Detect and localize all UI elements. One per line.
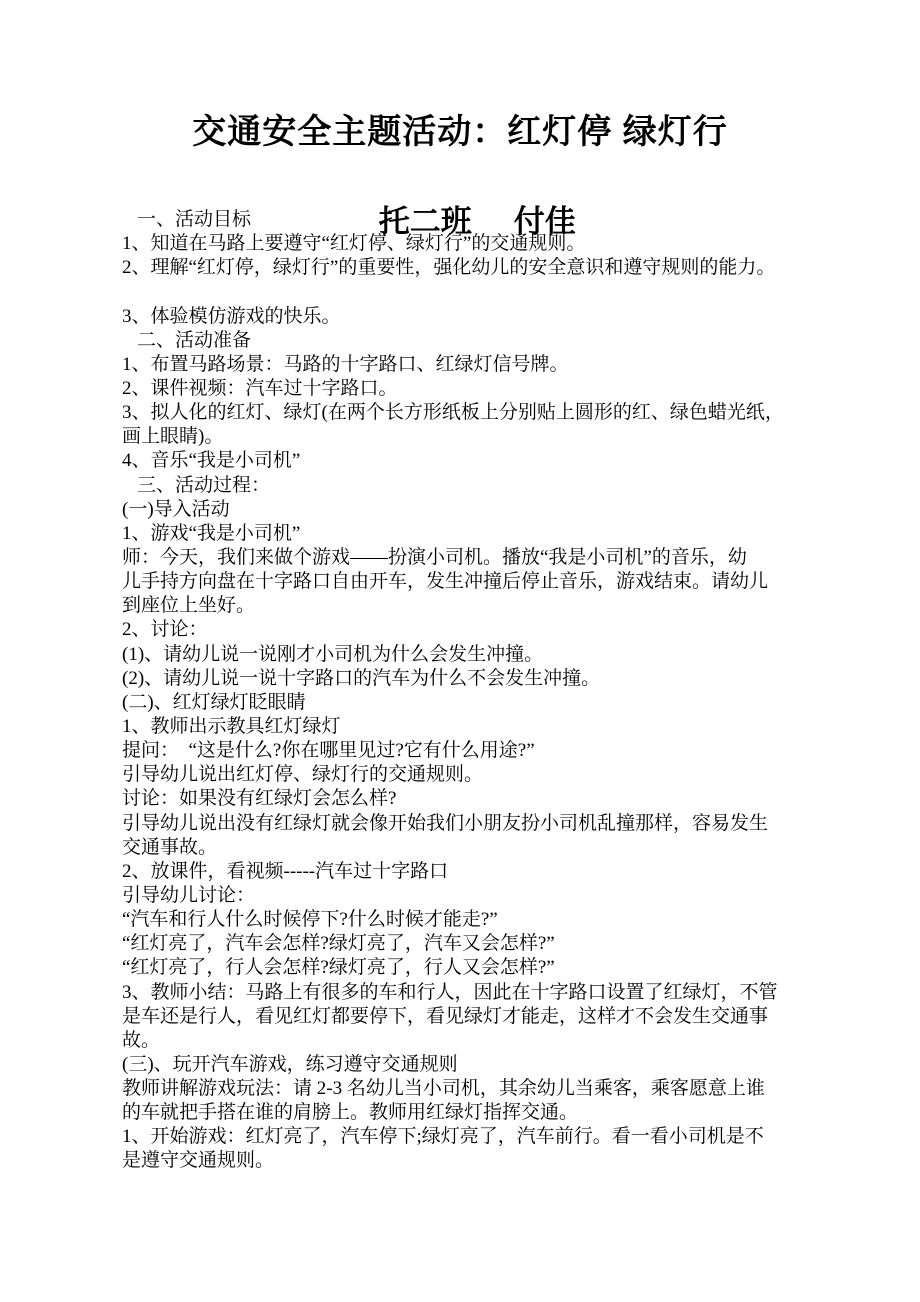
text-line: 画上眼睛)。 [122, 425, 838, 449]
text-line: 师：今天，我们来做个游戏——扮演小司机。播放“我是小司机”的音乐，幼 [122, 546, 838, 570]
text-line: 2、讨论： [122, 618, 838, 642]
text-line: 故。 [122, 1029, 838, 1053]
text-line: “红灯亮了，汽车会怎样?绿灯亮了，汽车又会怎样?” [122, 932, 838, 956]
text-line: 到座位上坐好。 [122, 594, 838, 618]
text-line: 1、教师出示教具红灯绿灯 [122, 715, 838, 739]
text-line: 教师讲解游戏玩法：请 2-3 名幼儿当小司机，其余幼儿当乘客，乘客愿意上谁 [122, 1077, 838, 1101]
text-line: 提问： “这是什么?你在哪里见过?它有什么用途?” [122, 739, 838, 763]
text-line: “红灯亮了，行人会怎样?绿灯亮了，行人又会怎样?” [122, 956, 838, 980]
text-line: 4、音乐“我是小司机” [122, 449, 838, 473]
text-line: (1)、请幼儿说一说刚才小司机为什么会发生冲撞。 [122, 643, 838, 667]
text-line: 2、放课件，看视频-----汽车过十字路口 [122, 860, 838, 884]
text-line: 的车就把手搭在谁的肩膀上。教师用红绿灯指挥交通。 [122, 1101, 838, 1125]
text-line: 引导幼儿说出没有红绿灯就会像开始我们小朋友扮小司机乱撞那样，容易发生 [122, 812, 838, 836]
text-line: 一、活动目标 [122, 208, 838, 232]
text-line: 三、活动过程： [122, 474, 838, 498]
text-line: 儿手持方向盘在十字路口自由开车，发生冲撞后停止音乐，游戏结束。请幼儿 [122, 570, 838, 594]
text-line: 是遵守交通规则。 [122, 1149, 838, 1173]
text-line: (三)、玩开汽车游戏，练习遵守交通规则 [122, 1053, 838, 1077]
blank-line [122, 280, 838, 304]
text-line: 引导幼儿讨论： [122, 884, 838, 908]
text-line: 二、活动准备 [122, 329, 838, 353]
text-line: 3、拟人化的红灯、绿灯(在两个长方形纸板上分别贴上圆形的红、绿色蜡光纸， [122, 401, 838, 425]
text-line: 1、布置马路场景：马路的十字路口、红绿灯信号牌。 [122, 353, 838, 377]
text-line: 是车还是行人，看见红灯都要停下，看见绿灯才能走，这样才不会发生交通事 [122, 1005, 838, 1029]
text-line: 讨论：如果没有红绿灯会怎么样? [122, 787, 838, 811]
text-line: (2)、请幼儿说一说十字路口的汽车为什么不会发生冲撞。 [122, 667, 838, 691]
text-line: 1、知道在马路上要遵守“红灯停、绿灯行”的交通规则。 [122, 232, 838, 256]
text-line: 1、开始游戏：红灯亮了，汽车停下;绿灯亮了，汽车前行。看一看小司机是不 [122, 1125, 838, 1149]
document-page: 交通安全主题活动：红灯停 绿灯行 托二班付佳 一、活动目标1、知道在马路上要遵守… [0, 0, 920, 1302]
text-line: 3、体验模仿游戏的快乐。 [122, 305, 838, 329]
text-line: 2、理解“红灯停，绿灯行”的重要性，强化幼儿的安全意识和遵守规则的能力。 [122, 256, 838, 280]
text-line: 引导幼儿说出红灯停、绿灯行的交通规则。 [122, 763, 838, 787]
text-line: 2、课件视频：汽车过十字路口。 [122, 377, 838, 401]
text-line: (一)导入活动 [122, 498, 838, 522]
text-line: 3、教师小结：马路上有很多的车和行人，因此在十字路口设置了红绿灯，不管 [122, 981, 838, 1005]
document-body: 一、活动目标1、知道在马路上要遵守“红灯停、绿灯行”的交通规则。2、理解“红灯停… [122, 208, 838, 1174]
text-line: “汽车和行人什么时候停下?什么时候才能走?” [122, 908, 838, 932]
document-title: 交通安全主题活动：红灯停 绿灯行 [0, 110, 920, 155]
text-line: (二)、红灯绿灯眨眼睛 [122, 691, 838, 715]
text-line: 1、游戏“我是小司机” [122, 522, 838, 546]
text-line: 交通事故。 [122, 836, 838, 860]
